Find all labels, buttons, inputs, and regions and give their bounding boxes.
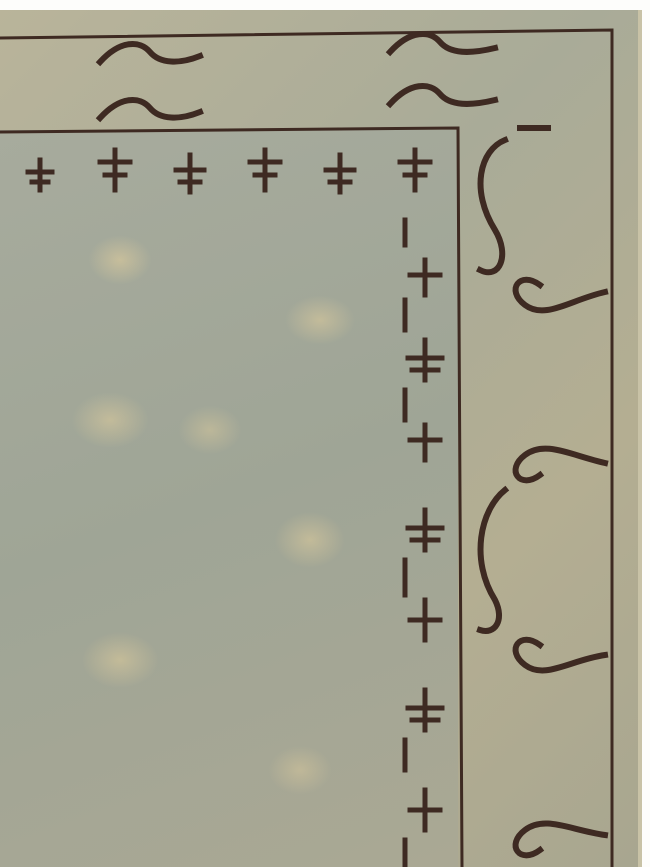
rug-photo (0, 0, 650, 867)
outer-guard-line (0, 30, 612, 867)
inner-guard-line (0, 128, 462, 867)
rug-motifs (0, 0, 650, 867)
